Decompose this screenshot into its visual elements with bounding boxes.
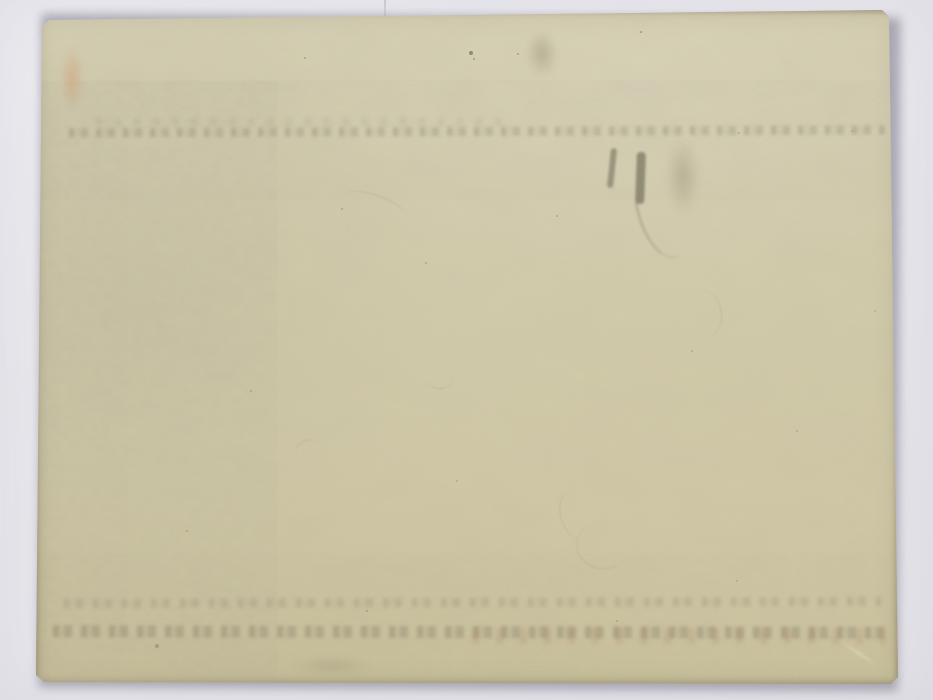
paper-surface xyxy=(36,10,898,685)
paper-specks xyxy=(36,10,38,12)
paper-sheet xyxy=(36,10,898,685)
photograph xyxy=(0,0,933,700)
